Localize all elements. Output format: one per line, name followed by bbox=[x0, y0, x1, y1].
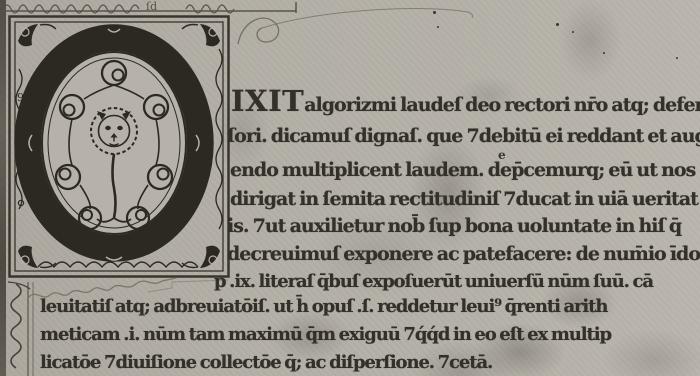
text-line-9: meticam .i. nūm tam maximū q̄m exiguū 7q… bbox=[40, 325, 611, 346]
text-line-3: endo multiplicent laudem. dep̄cemurq; eū… bbox=[230, 160, 695, 182]
opening-capitals: IXIT bbox=[231, 84, 304, 118]
ink-speck bbox=[676, 57, 678, 59]
text-line-4: dirigat in ſemita rectitudiniſ 7ducat in… bbox=[230, 189, 698, 211]
text-line-5: is. 7ut auxilietur nob̄ ſup bona uolunta… bbox=[227, 216, 681, 238]
text-line-2: ſori. dicamuſ dignaſ. que 7debitū ei red… bbox=[227, 126, 700, 148]
ink-speck bbox=[572, 31, 574, 33]
bottom-scallop-band bbox=[38, 262, 198, 267]
text-line-1: IXITalgorizmi laudeſ deo rectori nr̄o at… bbox=[231, 85, 700, 118]
illuminated-initial-D: 9 bbox=[8, 15, 230, 283]
margin-glyph: 9 bbox=[17, 91, 24, 104]
text-line-10: licatōe 7diuiſione collectōe q̄; ac diſp… bbox=[40, 353, 492, 374]
parchment-page: ſd bbox=[0, 0, 700, 376]
text-line-8: leuitatiſ atq; adbreuiatōiſ. ut h̄ opuſ … bbox=[40, 297, 607, 318]
ink-speck bbox=[437, 26, 439, 28]
ink-speck bbox=[603, 52, 605, 54]
ink-speck bbox=[433, 11, 436, 14]
leaf-chain-right bbox=[216, 49, 222, 229]
text-line-7: p .ix. literaſ q̄buſ expoſuerūt uniuerſū… bbox=[214, 272, 653, 293]
ruling-glyphs: ſd bbox=[146, 0, 157, 13]
lion-mask-icon bbox=[91, 108, 137, 154]
pen-scallop-band bbox=[3, 5, 139, 13]
interlinear-correction-mark: e bbox=[498, 148, 506, 162]
ink-speck bbox=[556, 23, 559, 26]
text-line-6: decreuimuſ exponere ac patefacere: de nu… bbox=[227, 244, 700, 266]
text-line-1-body: algorizmi laudeſ deo rectori nr̄o atq; d… bbox=[304, 94, 700, 116]
